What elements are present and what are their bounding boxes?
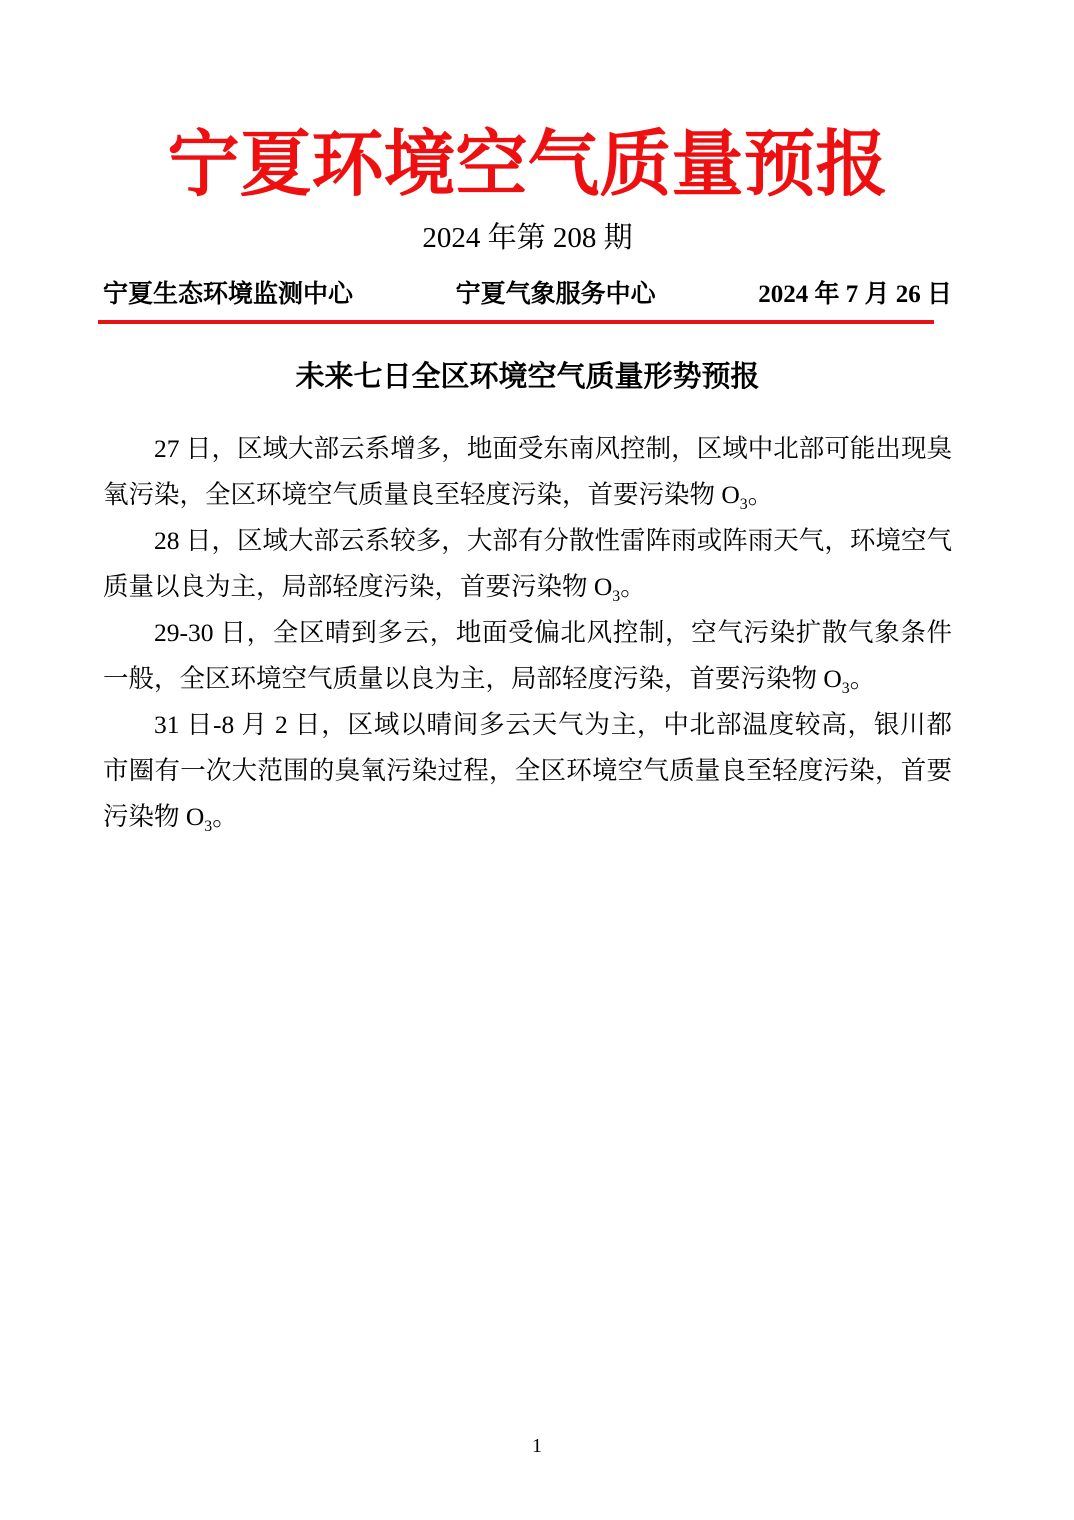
body-paragraph: 31 日-8 月 2 日，区域以晴间多云天气为主，中北部温度较高，银川都市圈有一…	[103, 702, 952, 840]
text-run: 27 日，区域大部云系增多，地面受东南风控制，区域中北部可能出现臭氧污染，全区环…	[103, 434, 952, 509]
report-date: 2024 年 7 月 26 日	[758, 278, 952, 312]
subscript: 3	[842, 680, 850, 697]
document-page: 宁夏环境空气质量预报 2024 年第 208 期 宁夏生态环境监测中心 宁夏气象…	[0, 0, 1074, 1520]
page-number: 1	[0, 1434, 1074, 1458]
text-run: 。	[620, 572, 646, 601]
page-title: 宁夏环境空气质量预报	[103, 120, 952, 210]
monitoring-center-name: 宁夏生态环境监测中心	[103, 278, 353, 312]
body-paragraph: 27 日，区域大部云系增多，地面受东南风控制，区域中北部可能出现臭氧污染，全区环…	[103, 426, 952, 518]
text-run: 。	[850, 664, 876, 693]
weather-service-name: 宁夏气象服务中心	[456, 278, 656, 312]
body-paragraph: 28 日，区域大部云系较多，大部有分散性雷阵雨或阵雨天气，环境空气质量以良为主，…	[103, 518, 952, 610]
forecast-body: 27 日，区域大部云系增多，地面受东南风控制，区域中北部可能出现臭氧污染，全区环…	[103, 426, 952, 840]
masthead-row: 宁夏生态环境监测中心 宁夏气象服务中心 2024 年 7 月 26 日	[103, 278, 952, 312]
header-divider	[98, 320, 934, 324]
section-heading: 未来七日全区环境空气质量形势预报	[103, 356, 952, 398]
document-content: 宁夏环境空气质量预报 2024 年第 208 期 宁夏生态环境监测中心 宁夏气象…	[0, 120, 1074, 840]
subscript: 3	[740, 496, 748, 513]
text-run: 29-30 日，全区晴到多云，地面受偏北风控制，空气污染扩散气象条件一般，全区环…	[103, 618, 952, 693]
text-run: 。	[748, 480, 774, 509]
body-paragraph: 29-30 日，全区晴到多云，地面受偏北风控制，空气污染扩散气象条件一般，全区环…	[103, 610, 952, 702]
issue-number: 2024 年第 208 期	[103, 218, 952, 258]
text-run: 。	[212, 802, 238, 831]
text-run: 28 日，区域大部云系较多，大部有分散性雷阵雨或阵雨天气，环境空气质量以良为主，…	[103, 526, 952, 601]
